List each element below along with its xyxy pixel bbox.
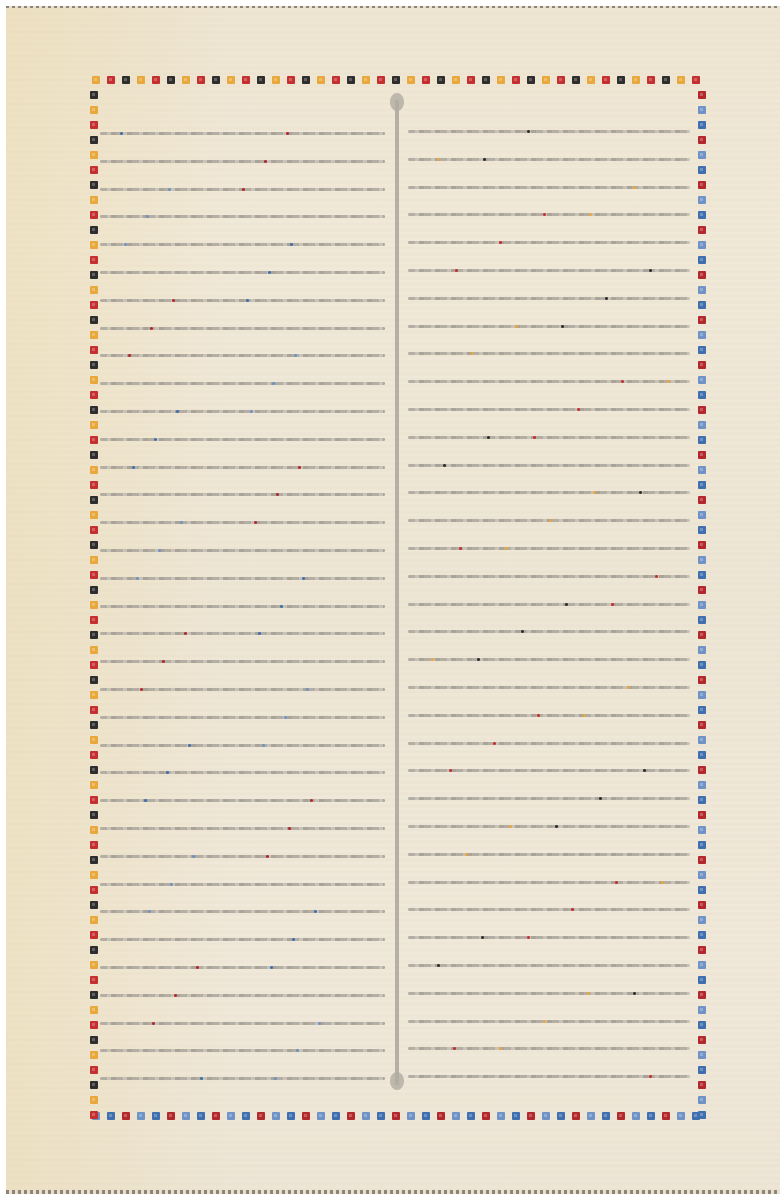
border-square [90,406,98,414]
border-square [90,1036,98,1044]
knot-dot [509,825,512,828]
knot-dot [136,577,139,580]
border-square [482,1112,490,1120]
border-square [167,76,175,84]
knot-dot [124,243,127,246]
border-square [197,1112,205,1120]
border-square [90,886,98,894]
knot-dot [481,936,484,939]
border-square [287,76,295,84]
branch-left [100,1022,385,1025]
branch-right [408,241,690,244]
border-square [698,91,706,99]
knot-dot [180,521,183,524]
branch-right [408,853,690,856]
border-square [90,586,98,594]
branch-right [408,186,690,189]
border-square [90,271,98,279]
knot-dot [561,325,564,328]
border-square [90,181,98,189]
border-square [167,1112,175,1120]
knot-dot [455,269,458,272]
branch-left [100,549,385,552]
knot-dot [543,213,546,216]
knot-dot [643,769,646,772]
border-square [257,76,265,84]
border-square [90,781,98,789]
border-square [90,916,98,924]
border-square [302,1112,310,1120]
border-square [698,1111,706,1119]
branch-right [408,908,690,911]
border-square [90,1111,98,1119]
border-square [90,646,98,654]
knot-dot [471,352,474,355]
border-square [332,76,340,84]
branch-left [100,1077,385,1080]
border-square [542,76,550,84]
border-square [698,886,706,894]
border-square [698,526,706,534]
knot-dot [302,577,305,580]
border-square [90,661,98,669]
border-square [698,421,706,429]
border-square [662,1112,670,1120]
knot-dot [661,881,664,884]
border-square [90,106,98,114]
knot-dot [188,744,191,747]
knot-dot [611,603,614,606]
knot-dot [144,799,147,802]
branch-left [100,883,385,886]
border-square [698,451,706,459]
border-square [90,751,98,759]
border-square [90,151,98,159]
border-square [182,1112,190,1120]
border-square [698,391,706,399]
border-square [698,316,706,324]
border-square [698,406,706,414]
knot-dot [667,380,670,383]
border-square [662,76,670,84]
knot-dot [174,994,177,997]
branch-right [408,686,690,689]
knot-dot [533,436,536,439]
border-square [698,271,706,279]
branch-right [408,881,690,884]
border-square [90,196,98,204]
border-square [90,526,98,534]
border-square [437,76,445,84]
branch-left [100,994,385,997]
border-square [152,76,160,84]
border-square [698,1096,706,1104]
border-square [497,1112,505,1120]
border-square [317,76,325,84]
knot-dot [192,855,195,858]
border-square [90,616,98,624]
branch-left [100,660,385,663]
knot-dot [649,1075,652,1078]
border-square [90,1051,98,1059]
knot-dot [493,742,496,745]
border-square [698,916,706,924]
border-square [107,1112,115,1120]
branch-right [408,936,690,939]
knot-dot [128,354,131,357]
branch-left [100,410,385,413]
border-square [698,166,706,174]
border-square [90,1081,98,1089]
border-square [302,76,310,84]
border-square [698,976,706,984]
border-square [392,76,400,84]
branch-right [408,742,690,745]
knot-dot [639,491,642,494]
border-square [617,76,625,84]
border-square [227,76,235,84]
border-square [90,571,98,579]
knot-dot [499,1047,502,1050]
border-square [482,76,490,84]
knot-dot [168,188,171,191]
border-square [90,466,98,474]
knot-dot [543,1020,546,1023]
border-square [698,841,706,849]
border-square [90,856,98,864]
border-square [698,1051,706,1059]
border-square [698,901,706,909]
border-square [698,1066,706,1074]
border-square [698,211,706,219]
border-square [137,1112,145,1120]
branch-left [100,799,385,802]
border-square [698,871,706,879]
border-square [587,76,595,84]
knot-dot [286,132,289,135]
knot-dot [589,213,592,216]
border-square [698,346,706,354]
branch-right [408,992,690,995]
knot-dot [152,1022,155,1025]
knot-dot [443,464,446,467]
border-square [90,1006,98,1014]
border-square [90,826,98,834]
border-square [677,1112,685,1120]
branch-right [408,380,690,383]
border-square [698,856,706,864]
knot-dot [140,688,143,691]
border-square [107,76,115,84]
border-square [698,106,706,114]
branch-right [408,269,690,272]
border-square [512,76,520,84]
border-square [698,586,706,594]
knot-dot [633,992,636,995]
border-square [90,1096,98,1104]
knot-dot [571,908,574,911]
knot-dot [172,299,175,302]
branch-left [100,299,385,302]
branch-right [408,964,690,967]
border-square [422,1112,430,1120]
border-square [90,346,98,354]
border-square [90,721,98,729]
border-square [698,1021,706,1029]
border-square [698,601,706,609]
border-square [90,811,98,819]
border-square [90,316,98,324]
border-square [467,76,475,84]
stem-medallion [390,93,404,111]
border-square [317,1112,325,1120]
border-square [692,76,700,84]
knot-dot [555,825,558,828]
knot-dot [284,716,287,719]
knot-dot [483,158,486,161]
branch-left [100,966,385,969]
border-square [698,796,706,804]
border-square [90,391,98,399]
border-square [90,991,98,999]
branch-left [100,716,385,719]
border-square [90,931,98,939]
border-square [90,241,98,249]
knot-dot [437,158,440,161]
border-square [347,1112,355,1120]
branch-right [408,491,690,494]
border-square [90,211,98,219]
border-square [92,76,100,84]
border-square [422,76,430,84]
border-square [377,76,385,84]
branch-left [100,132,385,135]
branch-left [100,605,385,608]
knot-dot [268,271,271,274]
branch-right [408,714,690,717]
border-square [698,571,706,579]
border-square [90,766,98,774]
border-square [632,1112,640,1120]
border-square [602,76,610,84]
border-square [698,961,706,969]
border-square [467,1112,475,1120]
border-square [647,1112,655,1120]
border-square [452,1112,460,1120]
knot-dot [453,1047,456,1050]
border-square [698,736,706,744]
knot-dot [599,797,602,800]
stem-medallion [390,1072,404,1090]
knot-dot [154,438,157,441]
knot-dot [298,466,301,469]
border-square [527,1112,535,1120]
border-square [90,841,98,849]
border-square [90,556,98,564]
border-square [698,676,706,684]
branch-right [408,1020,690,1023]
branch-left [100,855,385,858]
border-square [698,496,706,504]
knot-dot [280,605,283,608]
branch-right [408,575,690,578]
border-square [90,796,98,804]
border-square [90,421,98,429]
border-square [437,1112,445,1120]
knot-dot [306,688,309,691]
branch-left [100,354,385,357]
knot-dot [437,964,440,967]
knot-dot [264,160,267,163]
knot-dot [627,686,630,689]
knot-dot [310,799,313,802]
border-square [242,1112,250,1120]
knot-dot [655,575,658,578]
branch-right [408,325,690,328]
branch-right [408,797,690,800]
border-square [698,136,706,144]
border-square [362,1112,370,1120]
branch-right [408,1075,690,1078]
branch-left [100,938,385,941]
border-square [362,76,370,84]
border-square [698,331,706,339]
branch-right [408,825,690,828]
knot-dot [565,603,568,606]
border-square [698,721,706,729]
border-square [90,961,98,969]
knot-dot [499,241,502,244]
branch-left [100,327,385,330]
branch-left [100,243,385,246]
border-square [698,706,706,714]
border-square [90,676,98,684]
border-square [698,991,706,999]
border-square [587,1112,595,1120]
knot-dot [254,521,257,524]
branch-left [100,438,385,441]
branch-left [100,632,385,635]
border-square [90,976,98,984]
border-square [90,871,98,879]
branch-right [408,658,690,661]
knot-dot [262,744,265,747]
knot-dot [162,660,165,663]
border-square [602,1112,610,1120]
branch-left [100,271,385,274]
knot-dot [577,408,580,411]
border-square [527,76,535,84]
knot-dot [449,769,452,772]
knot-dot [587,992,590,995]
border-square [90,301,98,309]
knot-dot [515,325,518,328]
knot-dot [527,936,530,939]
border-square [698,196,706,204]
border-square [182,76,190,84]
branch-right [408,352,690,355]
knot-dot [527,130,530,133]
border-square [212,76,220,84]
border-square [698,466,706,474]
branch-right [408,1047,690,1050]
border-square [572,1112,580,1120]
border-square [90,601,98,609]
border-square [287,1112,295,1120]
branch-left [100,744,385,747]
border-square [698,541,706,549]
border-square [347,76,355,84]
border-square [90,91,98,99]
border-square [90,256,98,264]
knot-dot [166,771,169,774]
border-square [392,1112,400,1120]
border-square [698,1081,706,1089]
border-square [152,1112,160,1120]
branch-right [408,408,690,411]
border-square [698,226,706,234]
border-square [377,1112,385,1120]
border-square [698,811,706,819]
border-square [90,1066,98,1074]
border-square [698,256,706,264]
knot-dot [318,1022,321,1025]
knot-dot [270,966,273,969]
border-square [90,376,98,384]
knot-dot [431,658,434,661]
knot-dot [583,714,586,717]
knot-dot [649,269,652,272]
border-square [698,631,706,639]
border-square [90,331,98,339]
border-square [698,511,706,519]
border-square [90,511,98,519]
border-square [197,76,205,84]
branch-left [100,1049,385,1052]
knot-dot [158,549,161,552]
knot-dot [593,491,596,494]
border-square [698,781,706,789]
branch-right [408,630,690,633]
border-square [90,1021,98,1029]
knot-dot [276,493,279,496]
knot-dot [477,658,480,661]
knot-dot [120,132,123,135]
border-square [90,631,98,639]
border-square [90,691,98,699]
border-square [698,766,706,774]
border-square [698,646,706,654]
border-square [90,451,98,459]
branch-right [408,464,690,467]
border-square [122,1112,130,1120]
border-square [122,76,130,84]
border-square [542,1112,550,1120]
knot-dot [184,632,187,635]
border-square [698,616,706,624]
knot-dot [537,714,540,717]
branch-right [408,603,690,606]
border-square [617,1112,625,1120]
branch-right [408,547,690,550]
branch-right [408,158,690,161]
border-square [557,1112,565,1120]
border-square [632,76,640,84]
border-square [647,76,655,84]
branch-left [100,577,385,580]
knot-dot [549,519,552,522]
border-square [698,691,706,699]
